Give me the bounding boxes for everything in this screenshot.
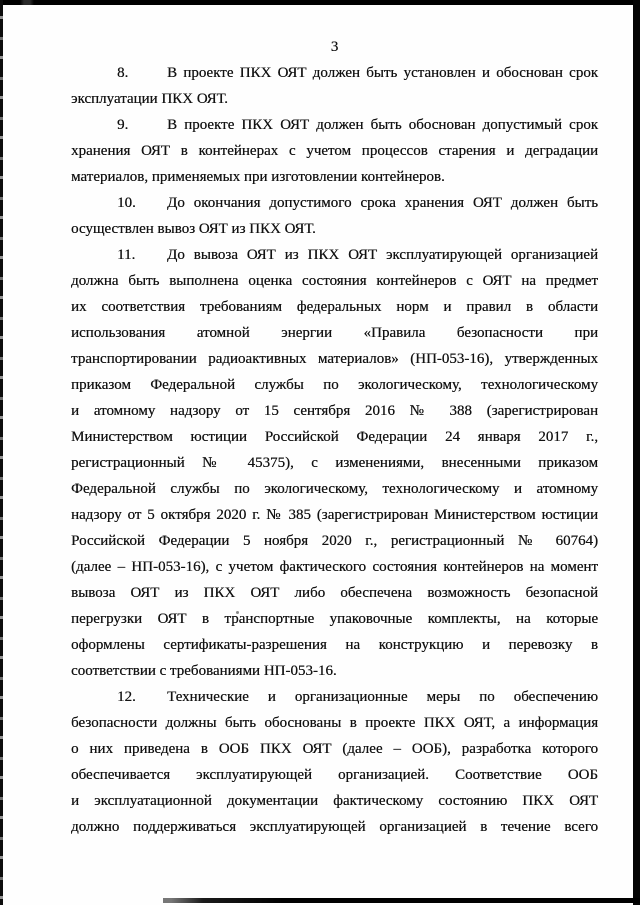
scan-border-top xyxy=(0,0,640,5)
paragraph-number: 10. xyxy=(117,190,167,216)
text-line: 10.До окончания допустимого срока хранен… xyxy=(71,190,598,216)
page-number: 3 xyxy=(71,34,598,60)
scan-border-left xyxy=(0,0,3,905)
text-line: безопасности должны быть обоснованы в пр… xyxy=(71,710,598,736)
text-line: и эксплуатационной документации фактичес… xyxy=(71,788,598,814)
text-line: надзору от 5 октября 2020 г. № 385 (заре… xyxy=(71,502,598,528)
paragraph-number: 8. xyxy=(117,60,167,86)
text-line: (далее – НП-053-16), с учетом фактическо… xyxy=(71,554,598,580)
text-line: перегрузки ОЯТ в транспортные упаковочны… xyxy=(71,606,598,632)
text-line: использования атомной энергии «Правила б… xyxy=(71,320,598,346)
text-line: о них приведена в ООБ ПКХ ОЯТ (далее – О… xyxy=(71,736,598,762)
text-line: вывоза ОЯТ из ПКХ ОЯТ либо обеспечена во… xyxy=(71,580,598,606)
paragraph-number: 9. xyxy=(117,112,167,138)
scan-border-bottom xyxy=(163,898,640,903)
text-line: 8.В проекте ПКХ ОЯТ должен быть установл… xyxy=(71,60,598,86)
text-line: Федеральной службы по экологическому, те… xyxy=(71,476,598,502)
text-line: 9.В проекте ПКХ ОЯТ должен быть обоснова… xyxy=(71,112,598,138)
text-line: должна быть выполнена оценка состояния к… xyxy=(71,268,598,294)
document-page: 3 8.В проекте ПКХ ОЯТ должен быть устано… xyxy=(0,0,640,905)
document-content: 3 8.В проекте ПКХ ОЯТ должен быть устано… xyxy=(71,34,598,840)
text-line: обеспечивается эксплуатирующей организац… xyxy=(71,762,598,788)
text-line: регистрационный № 45375), с изменениями,… xyxy=(71,450,598,476)
text-line: транспортировании радиоактивных материал… xyxy=(71,346,598,372)
text-line: Министерством юстиции Российской Федерац… xyxy=(71,424,598,450)
text-line: эксплуатации ПКХ ОЯТ. xyxy=(71,86,598,112)
text-line: соответствии с требованиями НП-053-16. xyxy=(71,658,598,684)
paragraph-number: 11. xyxy=(117,242,167,268)
text-line: Российской Федерации 5 ноября 2020 г., р… xyxy=(71,528,598,554)
text-line: 11.До вывоза ОЯТ из ПКХ ОЯТ эксплуатирую… xyxy=(71,242,598,268)
text-line: оформлены сертификаты-разрешения на конс… xyxy=(71,632,598,658)
text-line: хранения ОЯТ в контейнерах с учетом проц… xyxy=(71,138,598,164)
text-line: должно поддерживаться эксплуатирующей ор… xyxy=(71,814,598,840)
paragraph-number: 12. xyxy=(117,684,167,710)
text-line: и атомному надзору от 15 сентября 2016 №… xyxy=(71,398,598,424)
text-line: их соответствия требованиям федеральных … xyxy=(71,294,598,320)
scan-border-right xyxy=(633,0,640,905)
text-line: осуществлен вывоз ОЯТ из ПКХ ОЯТ. xyxy=(71,216,598,242)
text-line: 12.Технические и организационные меры по… xyxy=(71,684,598,710)
text-line: материалов, применяемых при изготовлении… xyxy=(71,164,598,190)
text-line: приказом Федеральной службы по экологиче… xyxy=(71,372,598,398)
document-body: 8.В проекте ПКХ ОЯТ должен быть установл… xyxy=(71,60,598,840)
